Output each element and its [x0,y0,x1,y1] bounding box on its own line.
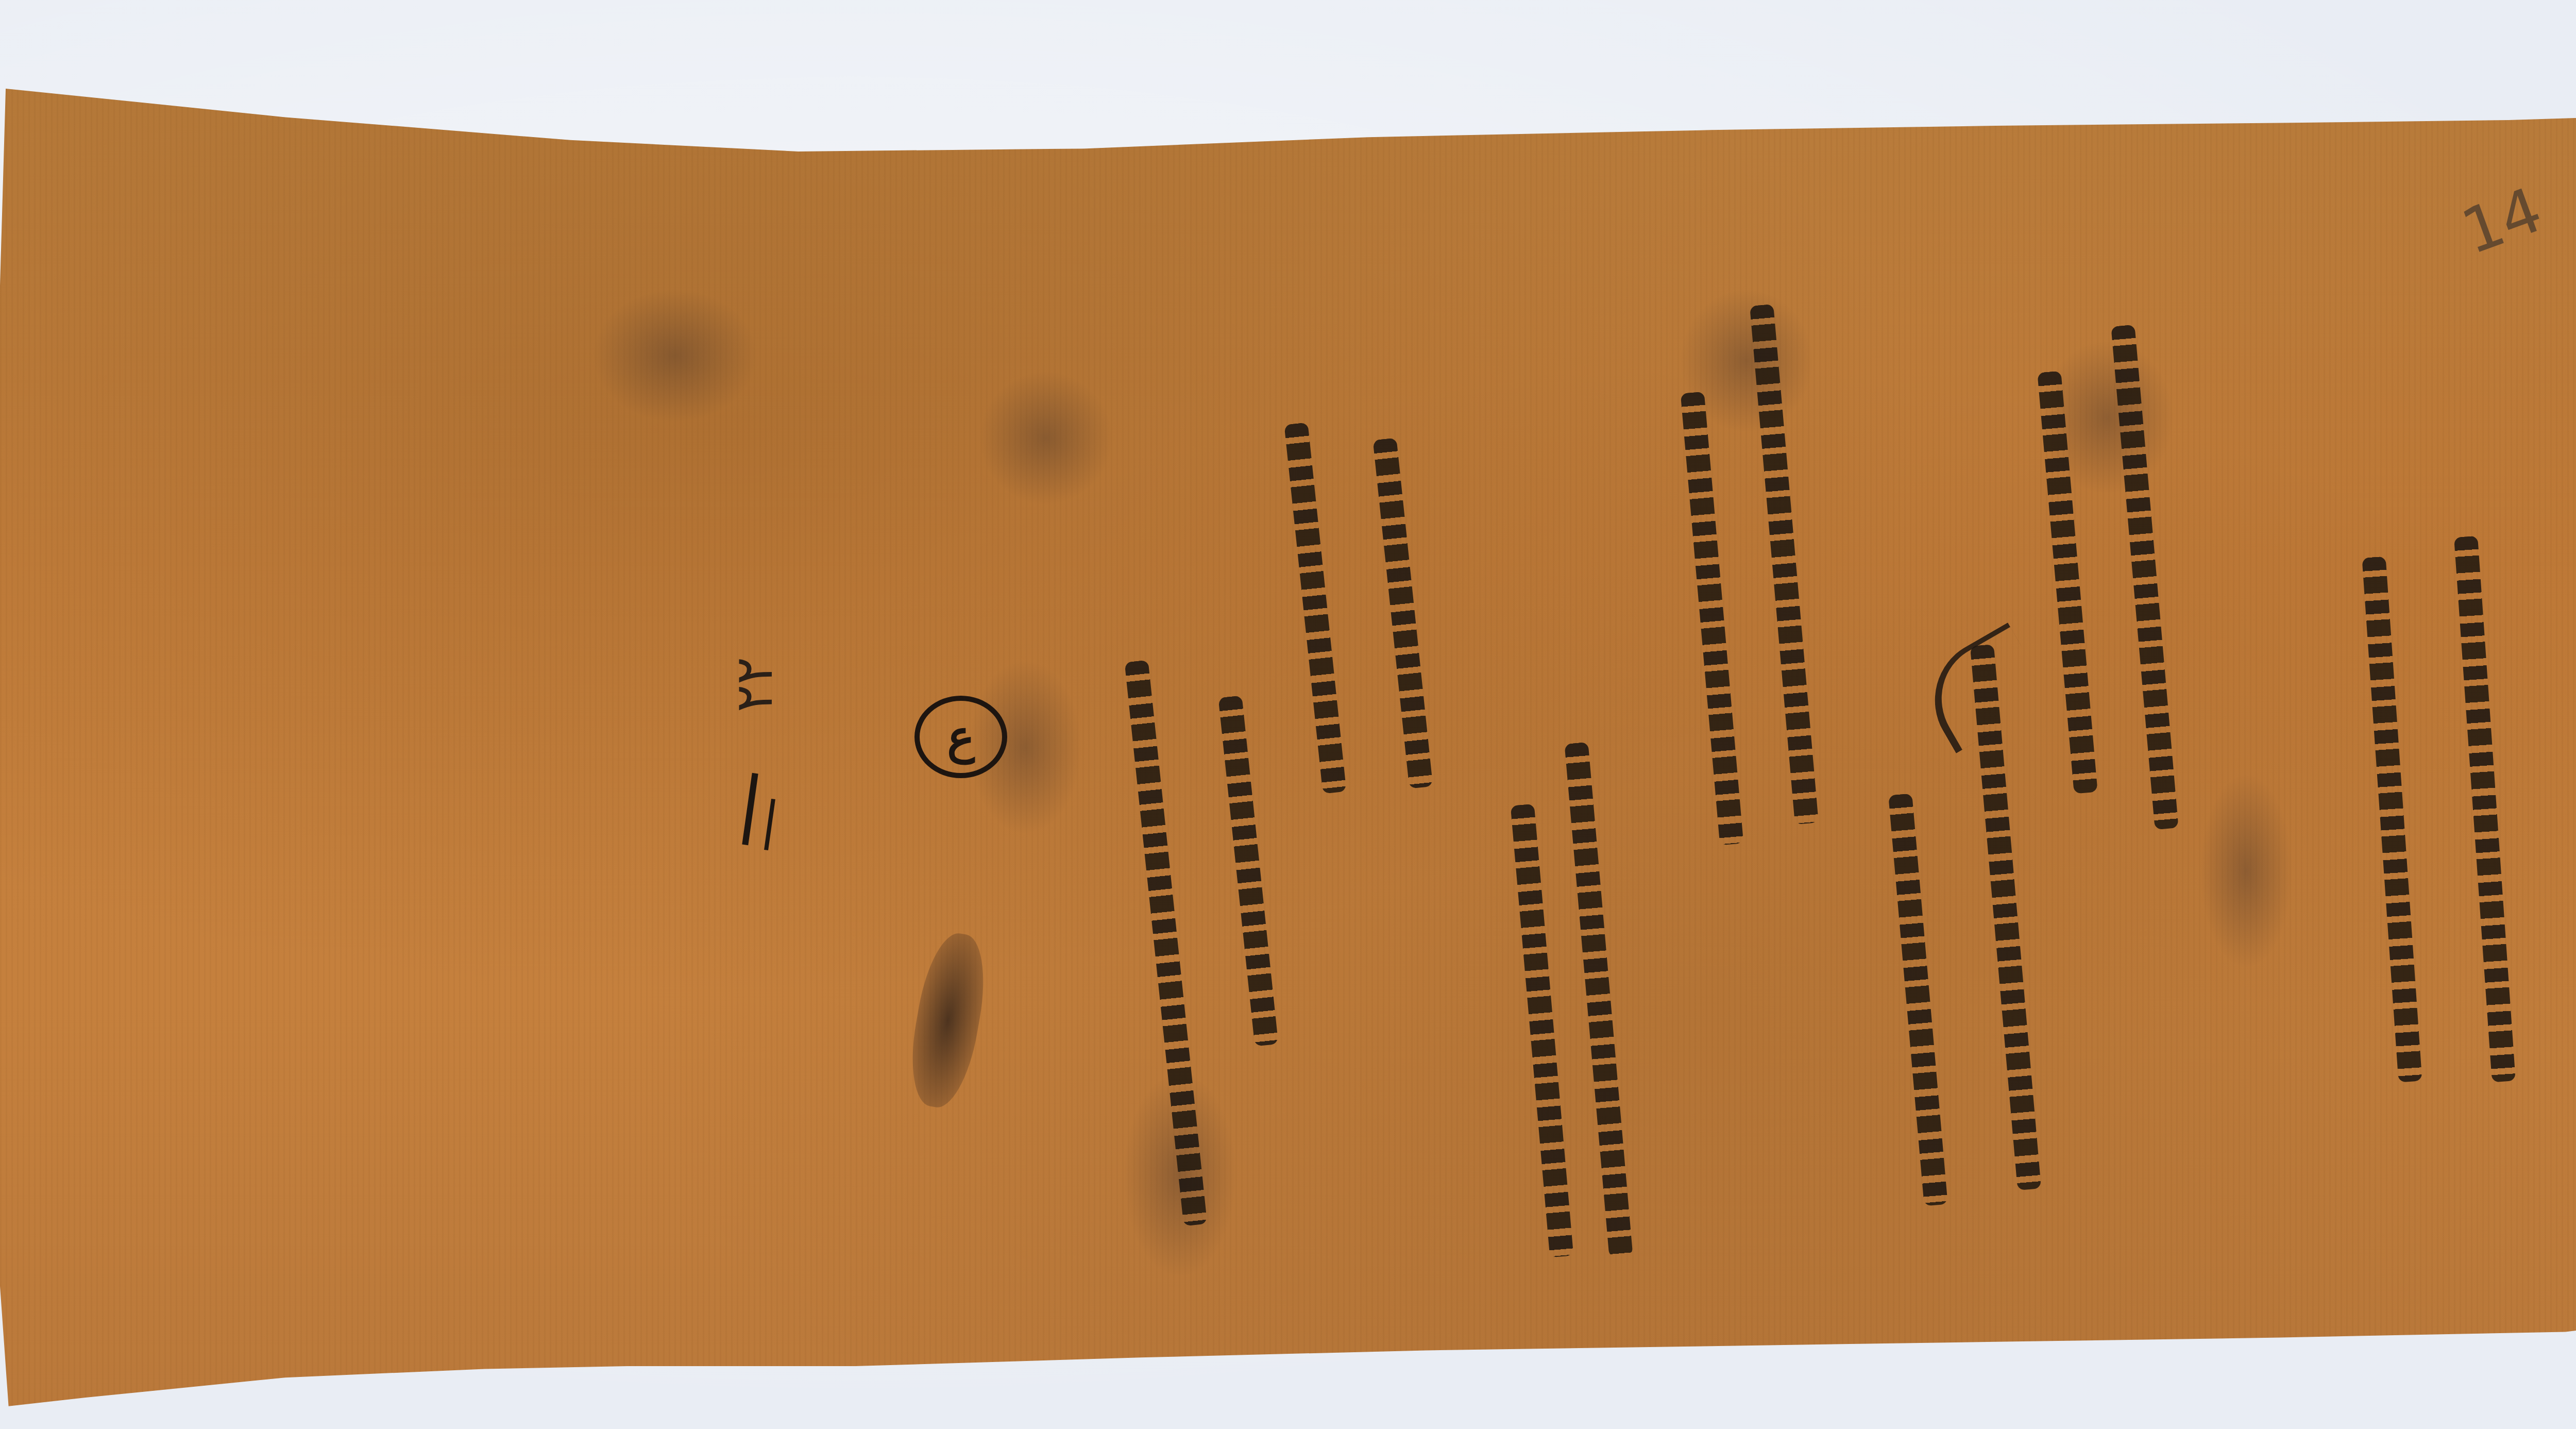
stain [979,371,1113,505]
stain [592,289,757,423]
left-ink-mark: ٢٢ [724,657,784,712]
left-ink-mark-text: ٢٢ [724,657,784,712]
stain [2200,773,2293,969]
paper [0,0,2576,1429]
manuscript-sheet: ع ٢٢ 14 بك ٢٨ [0,0,2576,1429]
seal-glyph: ع [947,710,975,764]
seal-mark: ع [914,696,1007,778]
